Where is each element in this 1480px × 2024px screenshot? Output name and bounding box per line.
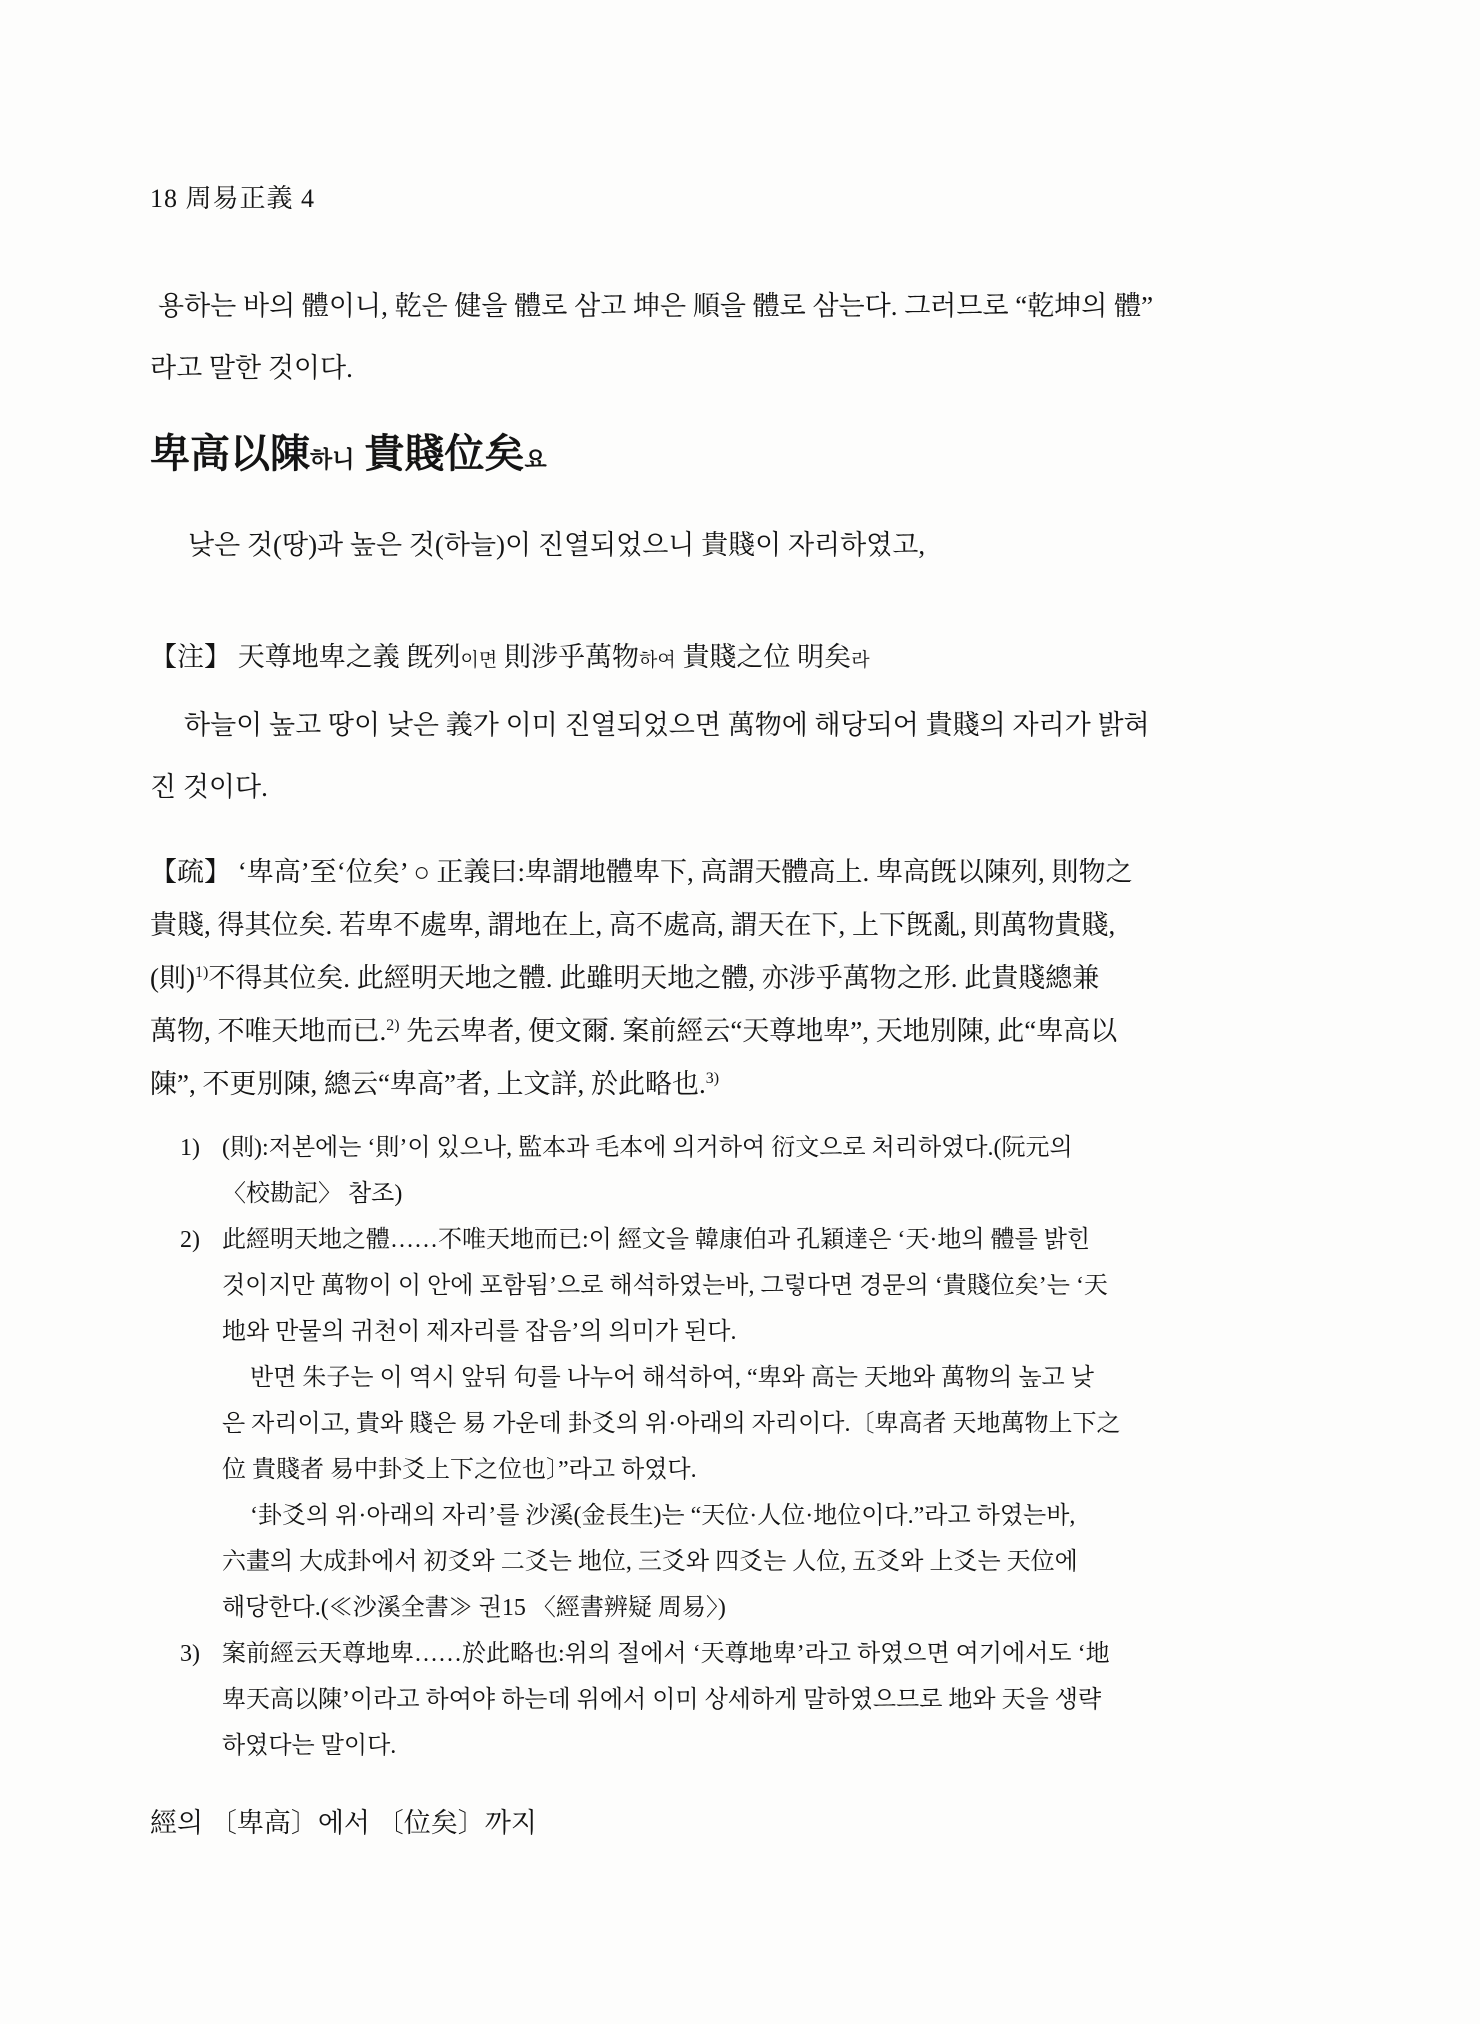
paragraph-line: 용하는 바의 體이니, 乾은 健을 體로 삼고 坤은 順을 體로 삼는다. 그러…: [150, 275, 1350, 337]
so-text: 先云卑者, 便文爾. 案前經云“天尊地卑”, 天地別陳, 此“卑高以: [400, 1016, 1118, 1046]
translation-line: 하늘이 높고 땅이 낮은 義가 이미 진열되었으면 萬物에 해당되어 貴賤의 자…: [150, 694, 1350, 756]
so-text: 陳”, 不更別陳, 總云“卑高”者, 上文詳, 於此略也.: [150, 1069, 706, 1099]
so-line: 貴賤, 得其位矣. 若卑不處卑, 謂地在上, 高不處高, 謂天在下, 上下旣亂,…: [150, 899, 1350, 952]
footnote-ref-3: 3): [706, 1070, 719, 1087]
footnote-line: 반면 朱子는 이 역시 앞뒤 句를 나누어 해석하여, “卑와 高는 天地와 萬…: [180, 1355, 1350, 1401]
so-text: (則): [150, 963, 195, 993]
footnote-number: 1): [180, 1125, 222, 1171]
translation-line: 낮은 것(땅)과 높은 것(하늘)이 진열되었으니 貴賤이 자리하였고,: [150, 514, 1350, 576]
heading-particle: 하니: [310, 447, 354, 472]
note-text: 天尊地卑之義 旣列: [231, 642, 461, 672]
footnote-number: 3): [180, 1631, 222, 1677]
so-line: 【疏】 ‘卑高’至‘位矣’ ○ 正義曰:卑謂地體卑下, 高謂天體高上. 卑高旣以…: [150, 846, 1350, 899]
footnote-line: 卑天高以陳’이라고 하여야 하는데 위에서 이미 상세하게 말하였으므로 地와 …: [180, 1677, 1350, 1723]
body-paragraph: 용하는 바의 體이니, 乾은 健을 體로 삼고 坤은 順을 體로 삼는다. 그러…: [150, 275, 1350, 399]
closing-line: 經의 〔卑高〕에서 〔位矣〕까지: [150, 1803, 1350, 1843]
note-particle: 이면: [461, 650, 498, 671]
note-particle: 라: [851, 650, 869, 671]
footnote-line: ‘卦爻의 위·아래의 자리’를 沙溪(金長生)는 “天位·人位·地位이다.”라고…: [180, 1493, 1350, 1539]
note-marker: 【注】: [150, 642, 231, 672]
footnote-line: 것이지만 萬物이 이 안에 포함됨’으로 해석하였는바, 그렇다면 경문의 ‘貴…: [180, 1263, 1350, 1309]
book-page: 18 周易正義 4 용하는 바의 體이니, 乾은 健을 體로 삼고 坤은 順을 …: [0, 0, 1480, 2024]
annotation-note: 【注】 天尊地卑之義 旣列이면 則涉乎萬物하여 貴賤之位 明矣라: [150, 626, 1350, 692]
footnote-line: 地와 만물의 귀천이 제자리를 잡음’의 의미가 된다.: [180, 1309, 1350, 1355]
commentary-so: 【疏】 ‘卑高’至‘位矣’ ○ 正義曰:卑謂地體卑下, 高謂天體高上. 卑高旣以…: [150, 846, 1350, 1111]
heading-particle: 요: [524, 447, 546, 472]
footnote-2: 2)此經明天地之體……不唯天地而已:이 經文을 韓康伯과 孔穎達은 ‘天·地의 …: [180, 1217, 1350, 1631]
footnote-1: 1)(則):저본에는 ‘則’이 있으나, 監本과 毛本에 의거하여 衍文으로 처…: [180, 1125, 1350, 1217]
so-line: 萬物, 不唯天地而已.2) 先云卑者, 便文爾. 案前經云“天尊地卑”, 天地別…: [150, 1005, 1350, 1058]
heading-hanja: 卑高以陳: [150, 431, 310, 476]
footnote-line: 2)此經明天地之體……不唯天地而已:이 經文을 韓康伯과 孔穎達은 ‘天·地의 …: [180, 1217, 1350, 1263]
footnote-line: 해당한다.(≪沙溪全書≫ 권15 〈經書辨疑 周易〉): [180, 1585, 1350, 1631]
footnote-text: 案前經云天尊地卑……於此略也:위의 절에서 ‘天尊地卑’라고 하였으면 여기에서…: [222, 1641, 1110, 1667]
footnote-3: 3)案前經云天尊地卑……於此略也:위의 절에서 ‘天尊地卑’라고 하였으면 여기…: [180, 1631, 1350, 1769]
page-header: 18 周易正義 4: [150, 178, 1350, 215]
footnote-line: 3)案前經云天尊地卑……於此略也:위의 절에서 ‘天尊地卑’라고 하였으면 여기…: [180, 1631, 1350, 1677]
footnote-ref-2: 2): [386, 1017, 399, 1034]
note-text: 貴賤之位 明矣: [676, 642, 852, 672]
so-line: (則)1)不得其位矣. 此經明天地之體. 此雖明天地之體, 亦涉乎萬物之形. 此…: [150, 952, 1350, 1005]
so-text: 萬物, 不唯天地而已.: [150, 1016, 386, 1046]
note-particle: 하여: [639, 650, 676, 671]
footnote-line: 六畫의 大成卦에서 初爻와 二爻는 地位, 三爻와 四爻는 人位, 五爻와 上爻…: [180, 1539, 1350, 1585]
footnote-text: (則):저본에는 ‘則’이 있으나, 監本과 毛本에 의거하여 衍文으로 처리하…: [222, 1135, 1073, 1161]
footnote-line: 〈校勘記〉 참조): [180, 1171, 1350, 1217]
note-translation: 하늘이 높고 땅이 낮은 義가 이미 진열되었으면 萬物에 해당되어 貴賤의 자…: [150, 694, 1350, 818]
footnote-text: 此經明天地之體……不唯天地而已:이 經文을 韓康伯과 孔穎達은 ‘天·地의 體를…: [222, 1227, 1090, 1253]
so-text: 不得其位矣. 此經明天地之體. 此雖明天地之體, 亦涉乎萬物之形. 此貴賤總兼: [208, 963, 1099, 993]
translation-line: 진 것이다.: [150, 756, 1350, 818]
so-marker: 【疏】: [150, 857, 231, 887]
paragraph-line: 라고 말한 것이다.: [150, 337, 1350, 399]
footnote-ref-1: 1): [195, 964, 208, 981]
footnote-line: 1)(則):저본에는 ‘則’이 있으나, 監本과 毛本에 의거하여 衍文으로 처…: [180, 1125, 1350, 1171]
so-line: 陳”, 不更別陳, 總云“卑高”者, 上文詳, 於此略也.3): [150, 1058, 1350, 1111]
heading-hanja: 貴賤位矣: [354, 431, 524, 476]
footnote-line: 位 貴賤者 易中卦爻上下之位也〕”라고 하였다.: [180, 1447, 1350, 1493]
section-heading: 卑高以陳하니 貴賤位矣요: [150, 429, 1350, 488]
footnote-number: 2): [180, 1217, 222, 1263]
footnotes-section: 1)(則):저본에는 ‘則’이 있으나, 監本과 毛本에 의거하여 衍文으로 처…: [180, 1125, 1350, 1769]
footnote-line: 하였다는 말이다.: [180, 1723, 1350, 1769]
footnote-line: 은 자리이고, 貴와 賤은 易 가운데 卦爻의 위·아래의 자리이다.〔卑高者 …: [180, 1401, 1350, 1447]
so-text: ‘卑高’至‘位矣’ ○ 正義曰:卑謂地體卑下, 高謂天體高上. 卑高旣以陳列, …: [231, 857, 1133, 887]
note-text: 則涉乎萬物: [497, 642, 639, 672]
